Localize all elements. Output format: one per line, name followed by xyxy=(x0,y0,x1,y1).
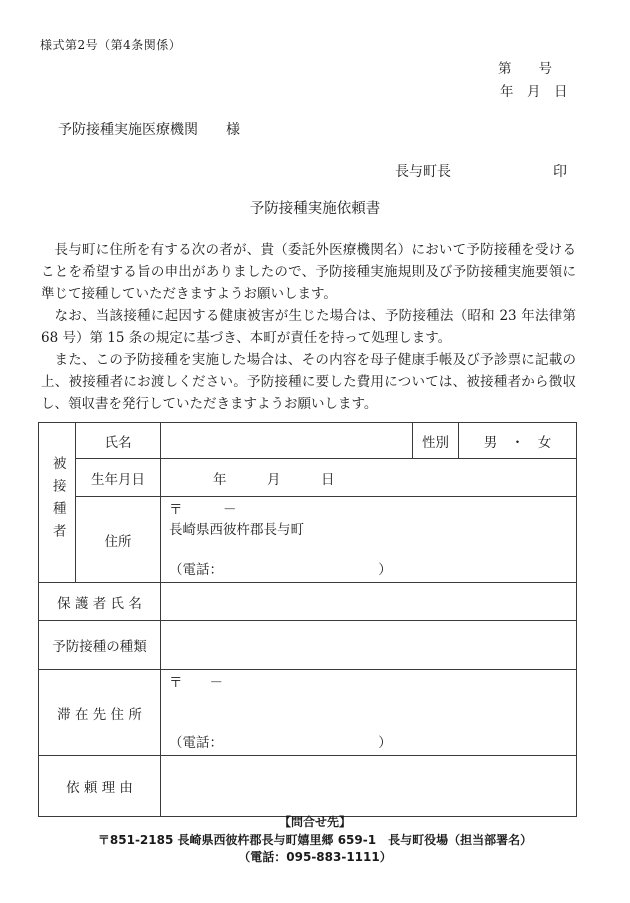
stay-address-label-cell: 滞 在 先 住 所 xyxy=(39,670,161,756)
table-row: 住所 〒 － 長崎県西彼杵郡長与町 （電話： ） xyxy=(39,497,577,583)
name-label-cell: 氏名 xyxy=(76,423,161,459)
table-row: 滞 在 先 住 所 〒 － （電話： ） xyxy=(39,670,577,756)
mayor-signature-line: 長与町長 印 xyxy=(395,161,567,181)
vaccine-type-input-cell xyxy=(161,621,577,670)
form-number-note: 様式第2号（第4条関係） xyxy=(40,36,181,53)
birthdate-input-cell: 年 月 日 xyxy=(161,459,577,497)
guardian-name-label-cell: 保 護 者 氏 名 xyxy=(39,583,161,621)
paragraph-request: 長与町に住所を有する次の者が、貴（委託外医療機関名）において予防接種を受けること… xyxy=(41,239,576,305)
table-row: 被接種者 氏名 性別 男 ・ 女 xyxy=(39,423,577,459)
table-row: 保 護 者 氏 名 xyxy=(39,583,577,621)
subject-group-cell: 被接種者 xyxy=(39,423,76,583)
contact-phone: （電話：095-883-1111） xyxy=(0,849,630,867)
address-label-cell: 住所 xyxy=(76,497,161,583)
birthdate-label-cell: 生年月日 xyxy=(76,459,161,497)
mayor-title: 長与町長 xyxy=(395,161,451,181)
seal-mark: 印 xyxy=(553,161,567,181)
subject-group-label: 被接種者 xyxy=(50,456,64,546)
request-reason-label-cell: 依 頼 理 由 xyxy=(39,756,161,817)
request-reason-input-cell xyxy=(161,756,577,817)
addressee-line: 予防接種実施医療機関 様 xyxy=(58,119,240,139)
address-city-line: 長崎県西彼杵郡長与町 xyxy=(169,520,570,540)
vaccination-form-table: 被接種者 氏名 性別 男 ・ 女 生年月日 年 月 日 住所 〒 － 長崎県西彼… xyxy=(38,422,577,817)
phone-line: （電話： ） xyxy=(169,733,570,753)
blank-line xyxy=(169,540,570,560)
document-number-line: 第 号 xyxy=(498,57,552,77)
table-row: 依 頼 理 由 xyxy=(39,756,577,817)
postal-code-line: 〒 － xyxy=(169,500,570,520)
paragraph-record: また、この予防接種を実施した場合は、その内容を母子健康手帳及び予診票に記載の上、… xyxy=(41,349,576,415)
document-title: 予防接種実施依頼書 xyxy=(0,197,630,218)
document-page: 様式第2号（第4条関係） 第 号 年 月 日 予防接種実施医療機関 様 長与町長… xyxy=(0,0,630,903)
table-row: 予防接種の種類 xyxy=(39,621,577,670)
body-text: 長与町に住所を有する次の者が、貴（委託外医療機関名）において予防接種を受けること… xyxy=(41,239,576,415)
postal-code-line: 〒 － xyxy=(169,673,570,693)
sex-options-cell: 男 ・ 女 xyxy=(459,423,577,459)
stay-address-input-cell: 〒 － （電話： ） xyxy=(161,670,577,756)
date-line: 年 月 日 xyxy=(500,80,568,100)
vaccine-type-label-cell: 予防接種の種類 xyxy=(39,621,161,670)
name-input-cell xyxy=(161,423,413,459)
contact-address: 〒851-2185 長崎県西彼杵郡長与町嬉里郷 659-1 長与町役場（担当部署… xyxy=(0,832,630,850)
contact-footer: 【問合せ先】 〒851-2185 長崎県西彼杵郡長与町嬉里郷 659-1 長与町… xyxy=(0,814,630,867)
guardian-name-input-cell xyxy=(161,583,577,621)
address-input-cell: 〒 － 長崎県西彼杵郡長与町 （電話： ） xyxy=(161,497,577,583)
paragraph-liability: なお、当該接種に起因する健康被害が生じた場合は、予防接種法（昭和 23 年法律第… xyxy=(41,305,576,349)
sex-label-cell: 性別 xyxy=(413,423,459,459)
contact-heading: 【問合せ先】 xyxy=(0,814,630,832)
phone-line: （電話： ） xyxy=(169,560,570,580)
table-row: 生年月日 年 月 日 xyxy=(39,459,577,497)
